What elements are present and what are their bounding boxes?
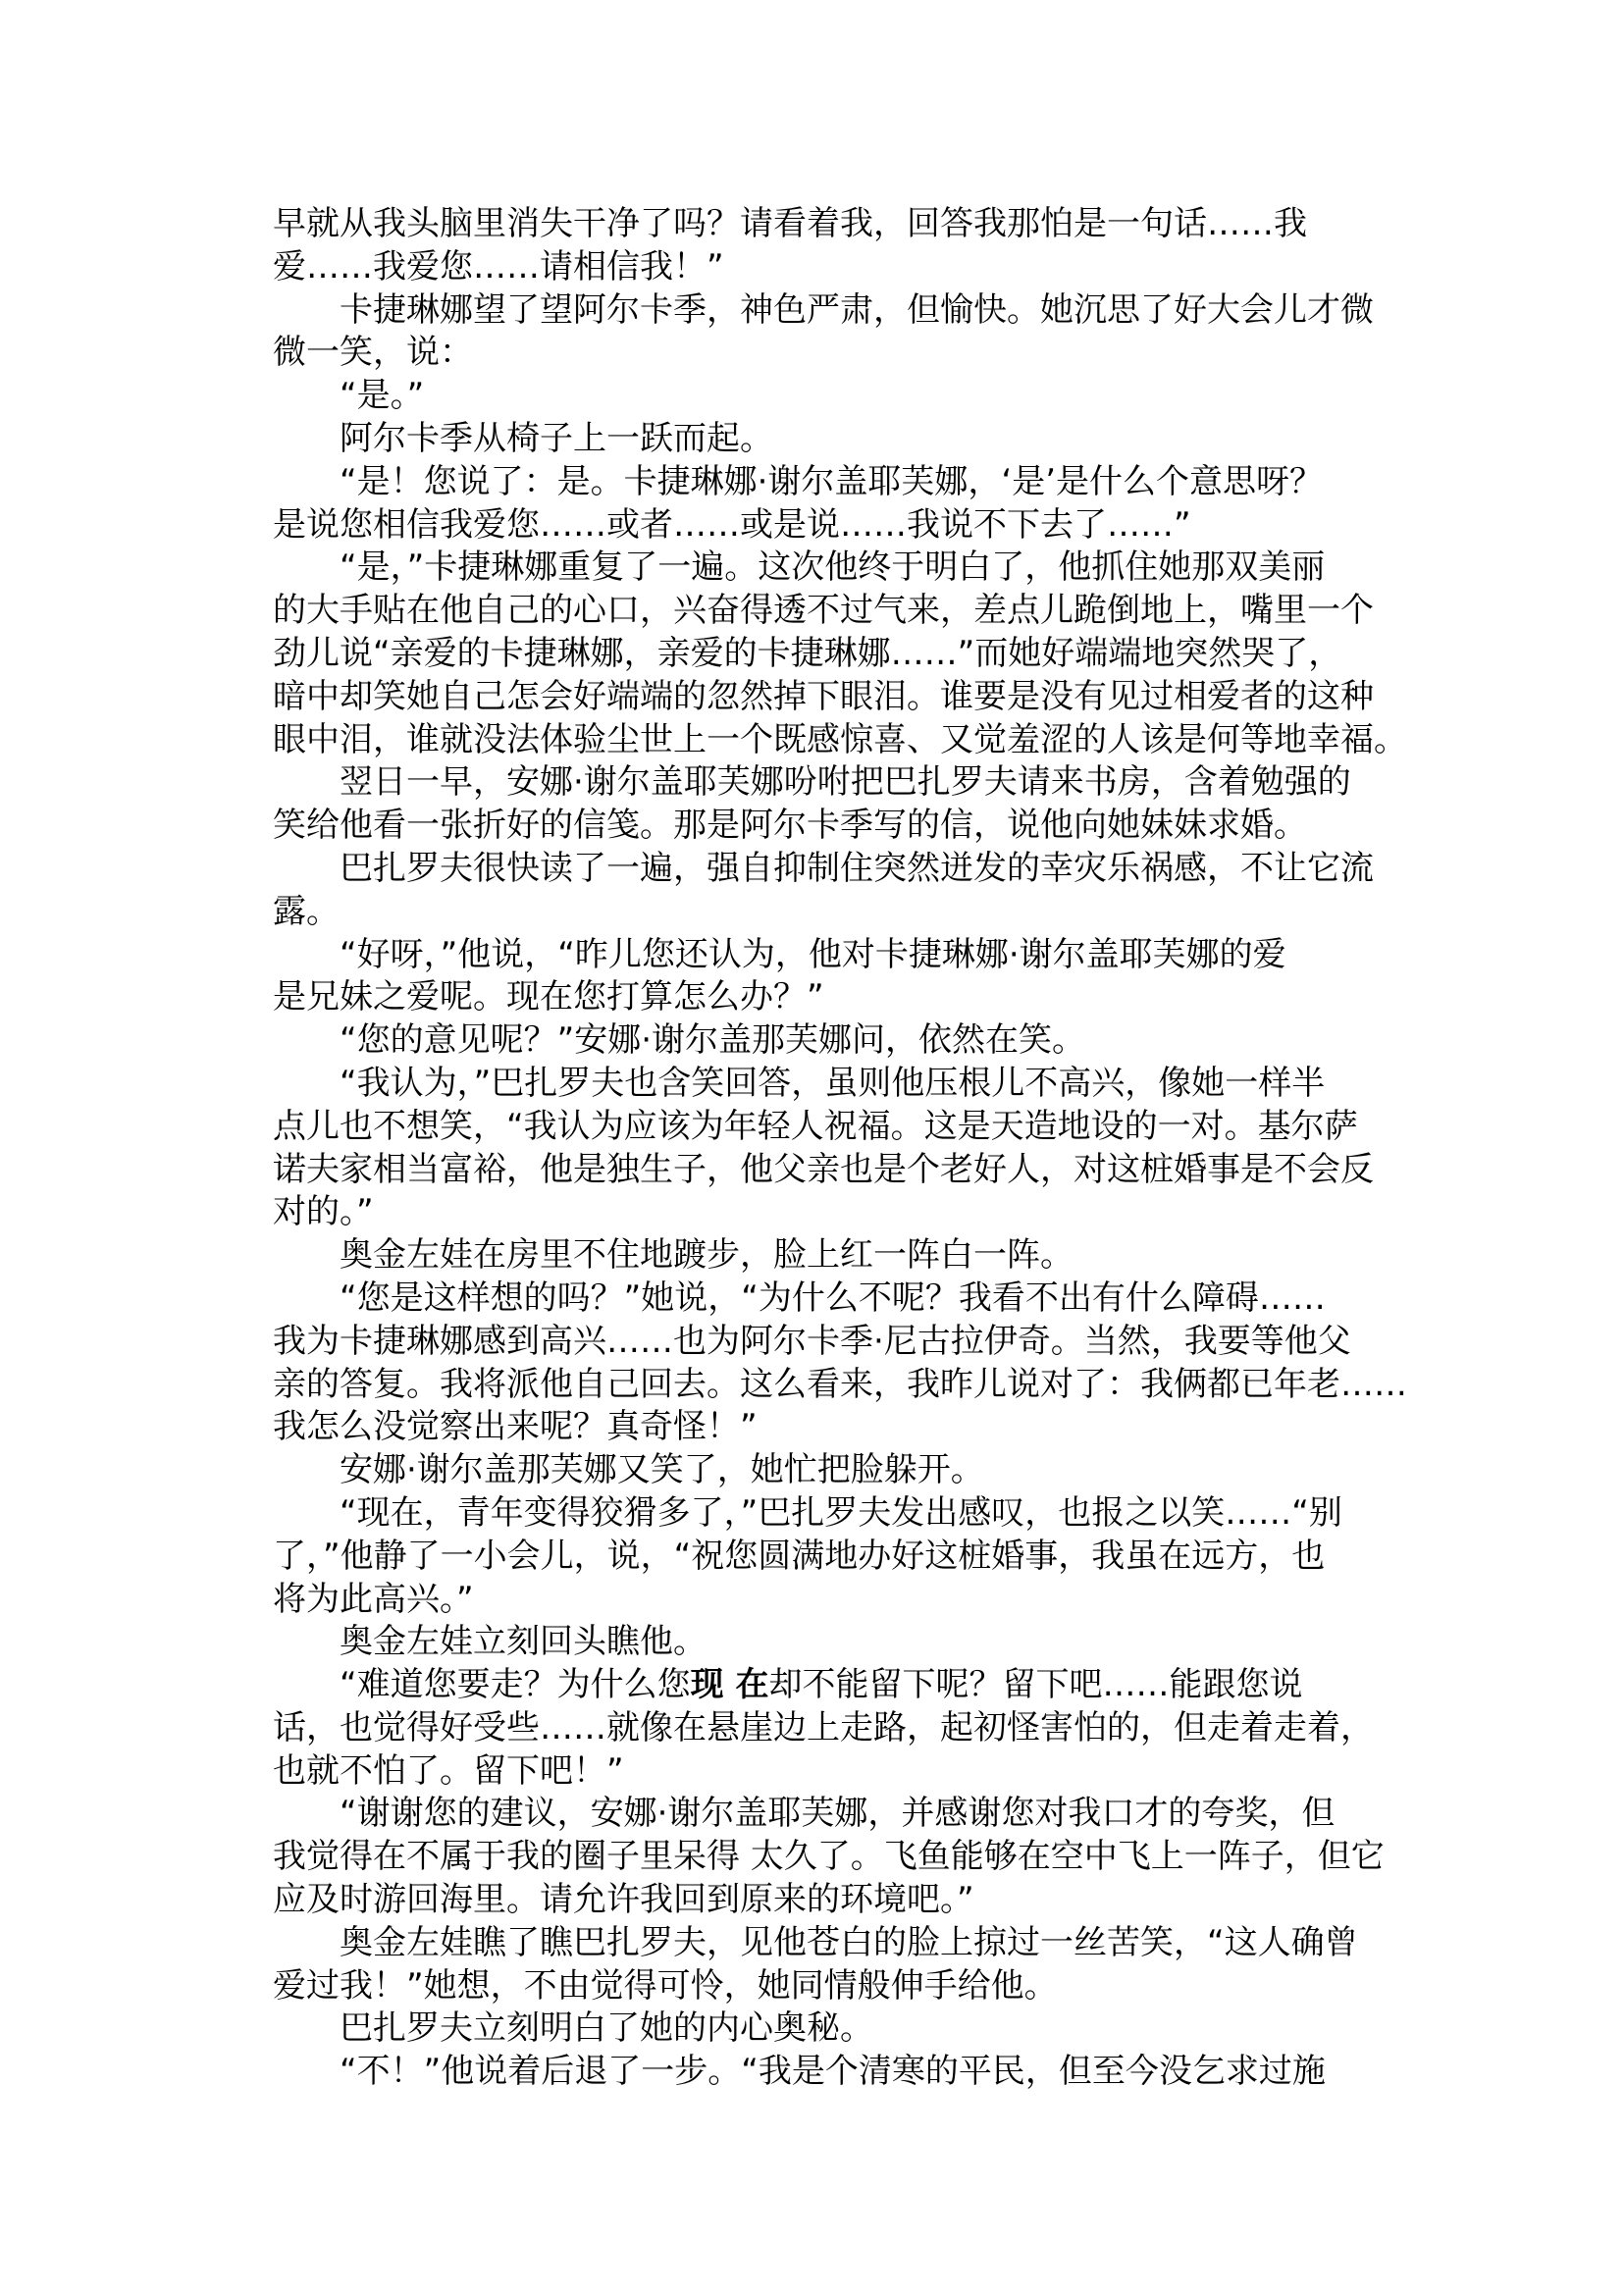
text-line: 巴扎罗夫很快读了一遍，强自抑制住突然迸发的幸灾乐祸感，不让它流 bbox=[273, 848, 1377, 891]
text-line: 应及时游回海里。请允许我回到原来的环境吧。” bbox=[273, 1879, 1377, 1922]
text-line: “您的意见呢？”安娜·谢尔盖那芙娜问，依然在笑。 bbox=[273, 1019, 1377, 1063]
text-line: “是，”卡捷琳娜重复了一遍。这次他终于明白了，他抓住她那双美丽 bbox=[273, 547, 1377, 590]
text-line: “是。” bbox=[273, 375, 1377, 418]
text-segment: “是，”卡捷琳娜重复了一遍。这次他终于明白了，他抓住她那双美丽 bbox=[340, 547, 1325, 587]
text-segment: “好呀，”他说，“昨儿您还认为，他对卡捷琳娜·谢尔盖耶芙娜的爱 bbox=[340, 935, 1286, 974]
text-block: 早就从我头脑里消失干净了吗？请看着我，回答我那怕是一句话……我爱……我爱您……请… bbox=[273, 203, 1377, 2094]
text-segment: “是！您说了：是。卡捷琳娜·谢尔盖耶芙娜，‘是’是什么个意思呀？ bbox=[340, 462, 1323, 501]
text-line: 暗中却笑她自己怎会好端端的忽然掉下眼泪。谁要是没有见过相爱者的这种 bbox=[273, 676, 1377, 719]
text-segment: 爱过我！”她想，不由觉得可怜，她同情般伸手给他。 bbox=[273, 1966, 1058, 2006]
text-segment: 阿尔卡季从椅子上一跃而起。 bbox=[340, 419, 773, 458]
text-segment: “您是这样想的吗？”她说，“为什么不呢？我看不出有什么障碍…… bbox=[340, 1278, 1326, 1318]
text-segment: 劲儿说“亲爱的卡捷琳娜，亲爱的卡捷琳娜……”而她好端端地突然哭了， bbox=[273, 634, 1341, 673]
text-line: “您是这样想的吗？”她说，“为什么不呢？我看不出有什么障碍…… bbox=[273, 1277, 1377, 1321]
text-segment: 巴扎罗夫立刻明白了她的内心奥秘。 bbox=[340, 2008, 873, 2048]
text-segment: 早就从我头脑里消失干净了吗？请看着我，回答我那怕是一句话……我 bbox=[273, 204, 1307, 243]
text-line: 爱过我！”她想，不由觉得可怜，她同情般伸手给他。 bbox=[273, 1965, 1377, 2008]
text-line: 眼中泪，谁就没法体验尘世上一个既感惊喜、又觉羞涩的人该是何等地幸福。 bbox=[273, 719, 1377, 762]
text-segment: 的大手贴在他自己的心口，兴奋得透不过气来，差点儿跪倒地上，嘴里一个 bbox=[273, 591, 1374, 630]
text-line: 奥金左娃瞧了瞧巴扎罗夫，见他苍白的脸上掠过一丝苦笑，“这人确曾 bbox=[273, 1922, 1377, 1965]
text-line: 笑给他看一张折好的信笺。那是阿尔卡季写的信，说他向她妹妹求婚。 bbox=[273, 805, 1377, 848]
text-segment: 是说您相信我爱您……或者……或是说……我说不下去了……” bbox=[273, 505, 1191, 545]
text-segment: 我怎么没觉察出来呢？真奇怪！” bbox=[273, 1407, 758, 1446]
text-segment: 露。 bbox=[273, 892, 340, 931]
text-segment: “您的意见呢？”安娜·谢尔盖那芙娜问，依然在笑。 bbox=[340, 1020, 1085, 1060]
text-segment: “不！”他说着后退了一步。“我是个清寒的平民，但至今没乞求过施 bbox=[340, 2052, 1326, 2091]
text-line: 对的。” bbox=[273, 1191, 1377, 1234]
text-segment: 亲的答复。我将派他自己回去。这么看来，我昨儿说对了：我俩都已年老…… bbox=[273, 1365, 1407, 1404]
text-segment: 眼中泪，谁就没法体验尘世上一个既感惊喜、又觉羞涩的人该是何等地幸福。 bbox=[273, 720, 1407, 759]
document-page: 早就从我头脑里消失干净了吗？请看着我，回答我那怕是一句话……我爱……我爱您……请… bbox=[0, 0, 1624, 2294]
text-segment: 奥金左娃立刻回头瞧他。 bbox=[340, 1622, 707, 1661]
text-line: 早就从我头脑里消失干净了吗？请看着我，回答我那怕是一句话……我 bbox=[273, 203, 1377, 246]
text-line: 巴扎罗夫立刻明白了她的内心奥秘。 bbox=[273, 2007, 1377, 2051]
text-line: 露。 bbox=[273, 891, 1377, 934]
text-line: 是兄妹之爱呢。现在您打算怎么办？” bbox=[273, 976, 1377, 1019]
text-segment: 却不能留下呢？留下吧……能跟您说 bbox=[768, 1665, 1302, 1704]
text-segment: 巴扎罗夫很快读了一遍，强自抑制住突然迸发的幸灾乐祸感，不让它流 bbox=[340, 849, 1374, 888]
text-line: “现在，青年变得狡猾多了，”巴扎罗夫发出感叹，也报之以笑……“别 bbox=[273, 1492, 1377, 1536]
text-line: “我认为，”巴扎罗夫也含笑回答，虽则他压根儿不高兴，像她一样半 bbox=[273, 1063, 1377, 1106]
text-segment: 安娜·谢尔盖那芙娜又笑了，她忙把脸躲开。 bbox=[340, 1450, 984, 1489]
text-line: “谢谢您的建议，安娜·谢尔盖耶芙娜，并感谢您对我口才的夸奖，但 bbox=[273, 1793, 1377, 1836]
text-line: 爱……我爱您……请相信我！” bbox=[273, 246, 1377, 289]
text-line: 翌日一早，安娜·谢尔盖耶芙娜吩咐把巴扎罗夫请来书房，含着勉强的 bbox=[273, 761, 1377, 805]
text-line: 阿尔卡季从椅子上一跃而起。 bbox=[273, 418, 1377, 461]
text-line: 了，”他静了一小会儿，说，“祝您圆满地办好这桩婚事，我虽在远方，也 bbox=[273, 1536, 1377, 1579]
text-segment: 笑给他看一张折好的信笺。那是阿尔卡季写的信，说他向她妹妹求婚。 bbox=[273, 806, 1307, 845]
text-segment: 对的。” bbox=[273, 1192, 374, 1231]
text-segment: 爱……我爱您……请相信我！” bbox=[273, 247, 724, 287]
text-segment: 我觉得在不属于我的圈子里呆得 太久了。飞鱼能够在空中飞上一阵子，但它 bbox=[273, 1837, 1385, 1876]
text-line: 的大手贴在他自己的心口，兴奋得透不过气来，差点儿跪倒地上，嘴里一个 bbox=[273, 590, 1377, 633]
text-line: 诺夫家相当富裕，他是独生子，他父亲也是个老好人，对这桩婚事是不会反 bbox=[273, 1149, 1377, 1192]
text-segment: 将为此高兴。” bbox=[273, 1580, 474, 1619]
text-line: 话，也觉得好受些……就像在悬崖边上走路，起初怪害怕的，但走着走着， bbox=[273, 1707, 1377, 1750]
text-line: 我觉得在不属于我的圈子里呆得 太久了。飞鱼能够在空中飞上一阵子，但它 bbox=[273, 1836, 1377, 1879]
text-line: 安娜·谢尔盖那芙娜又笑了，她忙把脸躲开。 bbox=[273, 1449, 1377, 1492]
text-line: 将为此高兴。” bbox=[273, 1579, 1377, 1622]
text-line: 亲的答复。我将派他自己回去。这么看来，我昨儿说对了：我俩都已年老…… bbox=[273, 1364, 1377, 1407]
text-segment: 是兄妹之爱呢。现在您打算怎么办？” bbox=[273, 977, 824, 1017]
text-segment: 微一笑，说： bbox=[273, 333, 473, 372]
text-segment: 应及时游回海里。请允许我回到原来的环境吧。” bbox=[273, 1880, 974, 1919]
text-segment: 翌日一早，安娜·谢尔盖耶芙娜吩咐把巴扎罗夫请来书房，含着勉强的 bbox=[340, 762, 1351, 802]
text-line: 奥金左娃立刻回头瞧他。 bbox=[273, 1621, 1377, 1664]
text-segment: “难道您要走？为什么您 bbox=[340, 1665, 691, 1704]
text-segment: 卡捷琳娜望了望阿尔卡季，神色严肃，但愉快。她沉思了好大会儿才微 bbox=[340, 290, 1374, 330]
text-segment: 暗中却笑她自己怎会好端端的忽然掉下眼泪。谁要是没有见过相爱者的这种 bbox=[273, 677, 1374, 716]
text-line: 点儿也不想笑，“我认为应该为年轻人祝福。这是天造地设的一对。基尔萨 bbox=[273, 1106, 1377, 1149]
text-segment: 也就不怕了。留下吧！” bbox=[273, 1751, 624, 1791]
emphasized-text: 现 在 bbox=[691, 1665, 769, 1704]
text-segment: 我为卡捷琳娜感到高兴……也为阿尔卡季·尼古拉伊奇。当然，我要等他父 bbox=[273, 1322, 1351, 1361]
text-line: “不！”他说着后退了一步。“我是个清寒的平民，但至今没乞求过施 bbox=[273, 2051, 1377, 2094]
text-line: 也就不怕了。留下吧！” bbox=[273, 1750, 1377, 1794]
text-segment: “现在，青年变得狡猾多了，”巴扎罗夫发出感叹，也报之以笑……“别 bbox=[340, 1493, 1342, 1533]
text-line: “好呀，”他说，“昨儿您还认为，他对卡捷琳娜·谢尔盖耶芙娜的爱 bbox=[273, 934, 1377, 977]
text-segment: 点儿也不想笑，“我认为应该为年轻人祝福。这是天造地设的一对。基尔萨 bbox=[273, 1107, 1358, 1146]
text-line: “是！您说了：是。卡捷琳娜·谢尔盖耶芙娜，‘是’是什么个意思呀？ bbox=[273, 461, 1377, 504]
text-line: 我为卡捷琳娜感到高兴……也为阿尔卡季·尼古拉伊奇。当然，我要等他父 bbox=[273, 1321, 1377, 1364]
text-line: 是说您相信我爱您……或者……或是说……我说不下去了……” bbox=[273, 504, 1377, 547]
text-segment: 奥金左娃瞧了瞧巴扎罗夫，见他苍白的脸上掠过一丝苦笑，“这人确曾 bbox=[340, 1923, 1358, 1962]
text-line: 奥金左娃在房里不住地踱步，脸上红一阵白一阵。 bbox=[273, 1234, 1377, 1277]
text-line: “难道您要走？为什么您现 在却不能留下呢？留下吧……能跟您说 bbox=[273, 1664, 1377, 1707]
text-segment: 诺夫家相当富裕，他是独生子，他父亲也是个老好人，对这桩婚事是不会反 bbox=[273, 1150, 1374, 1189]
text-line: 微一笑，说： bbox=[273, 332, 1377, 375]
text-segment: “是。” bbox=[340, 376, 424, 415]
text-segment: “谢谢您的建议，安娜·谢尔盖耶芙娜，并感谢您对我口才的夸奖，但 bbox=[340, 1794, 1335, 1833]
text-segment: 奥金左娃在房里不住地踱步，脸上红一阵白一阵。 bbox=[340, 1235, 1074, 1275]
text-segment: 了，”他静了一小会儿，说，“祝您圆满地办好这桩婚事，我虽在远方，也 bbox=[273, 1537, 1325, 1576]
text-segment: “我认为，”巴扎罗夫也含笑回答，虽则他压根儿不高兴，像她一样半 bbox=[340, 1064, 1325, 1103]
text-segment: 话，也觉得好受些……就像在悬崖边上走路，起初怪害怕的，但走着走着， bbox=[273, 1708, 1374, 1747]
text-line: 我怎么没觉察出来呢？真奇怪！” bbox=[273, 1406, 1377, 1449]
text-line: 劲儿说“亲爱的卡捷琳娜，亲爱的卡捷琳娜……”而她好端端地突然哭了， bbox=[273, 633, 1377, 676]
text-line: 卡捷琳娜望了望阿尔卡季，神色严肃，但愉快。她沉思了好大会儿才微 bbox=[273, 289, 1377, 333]
